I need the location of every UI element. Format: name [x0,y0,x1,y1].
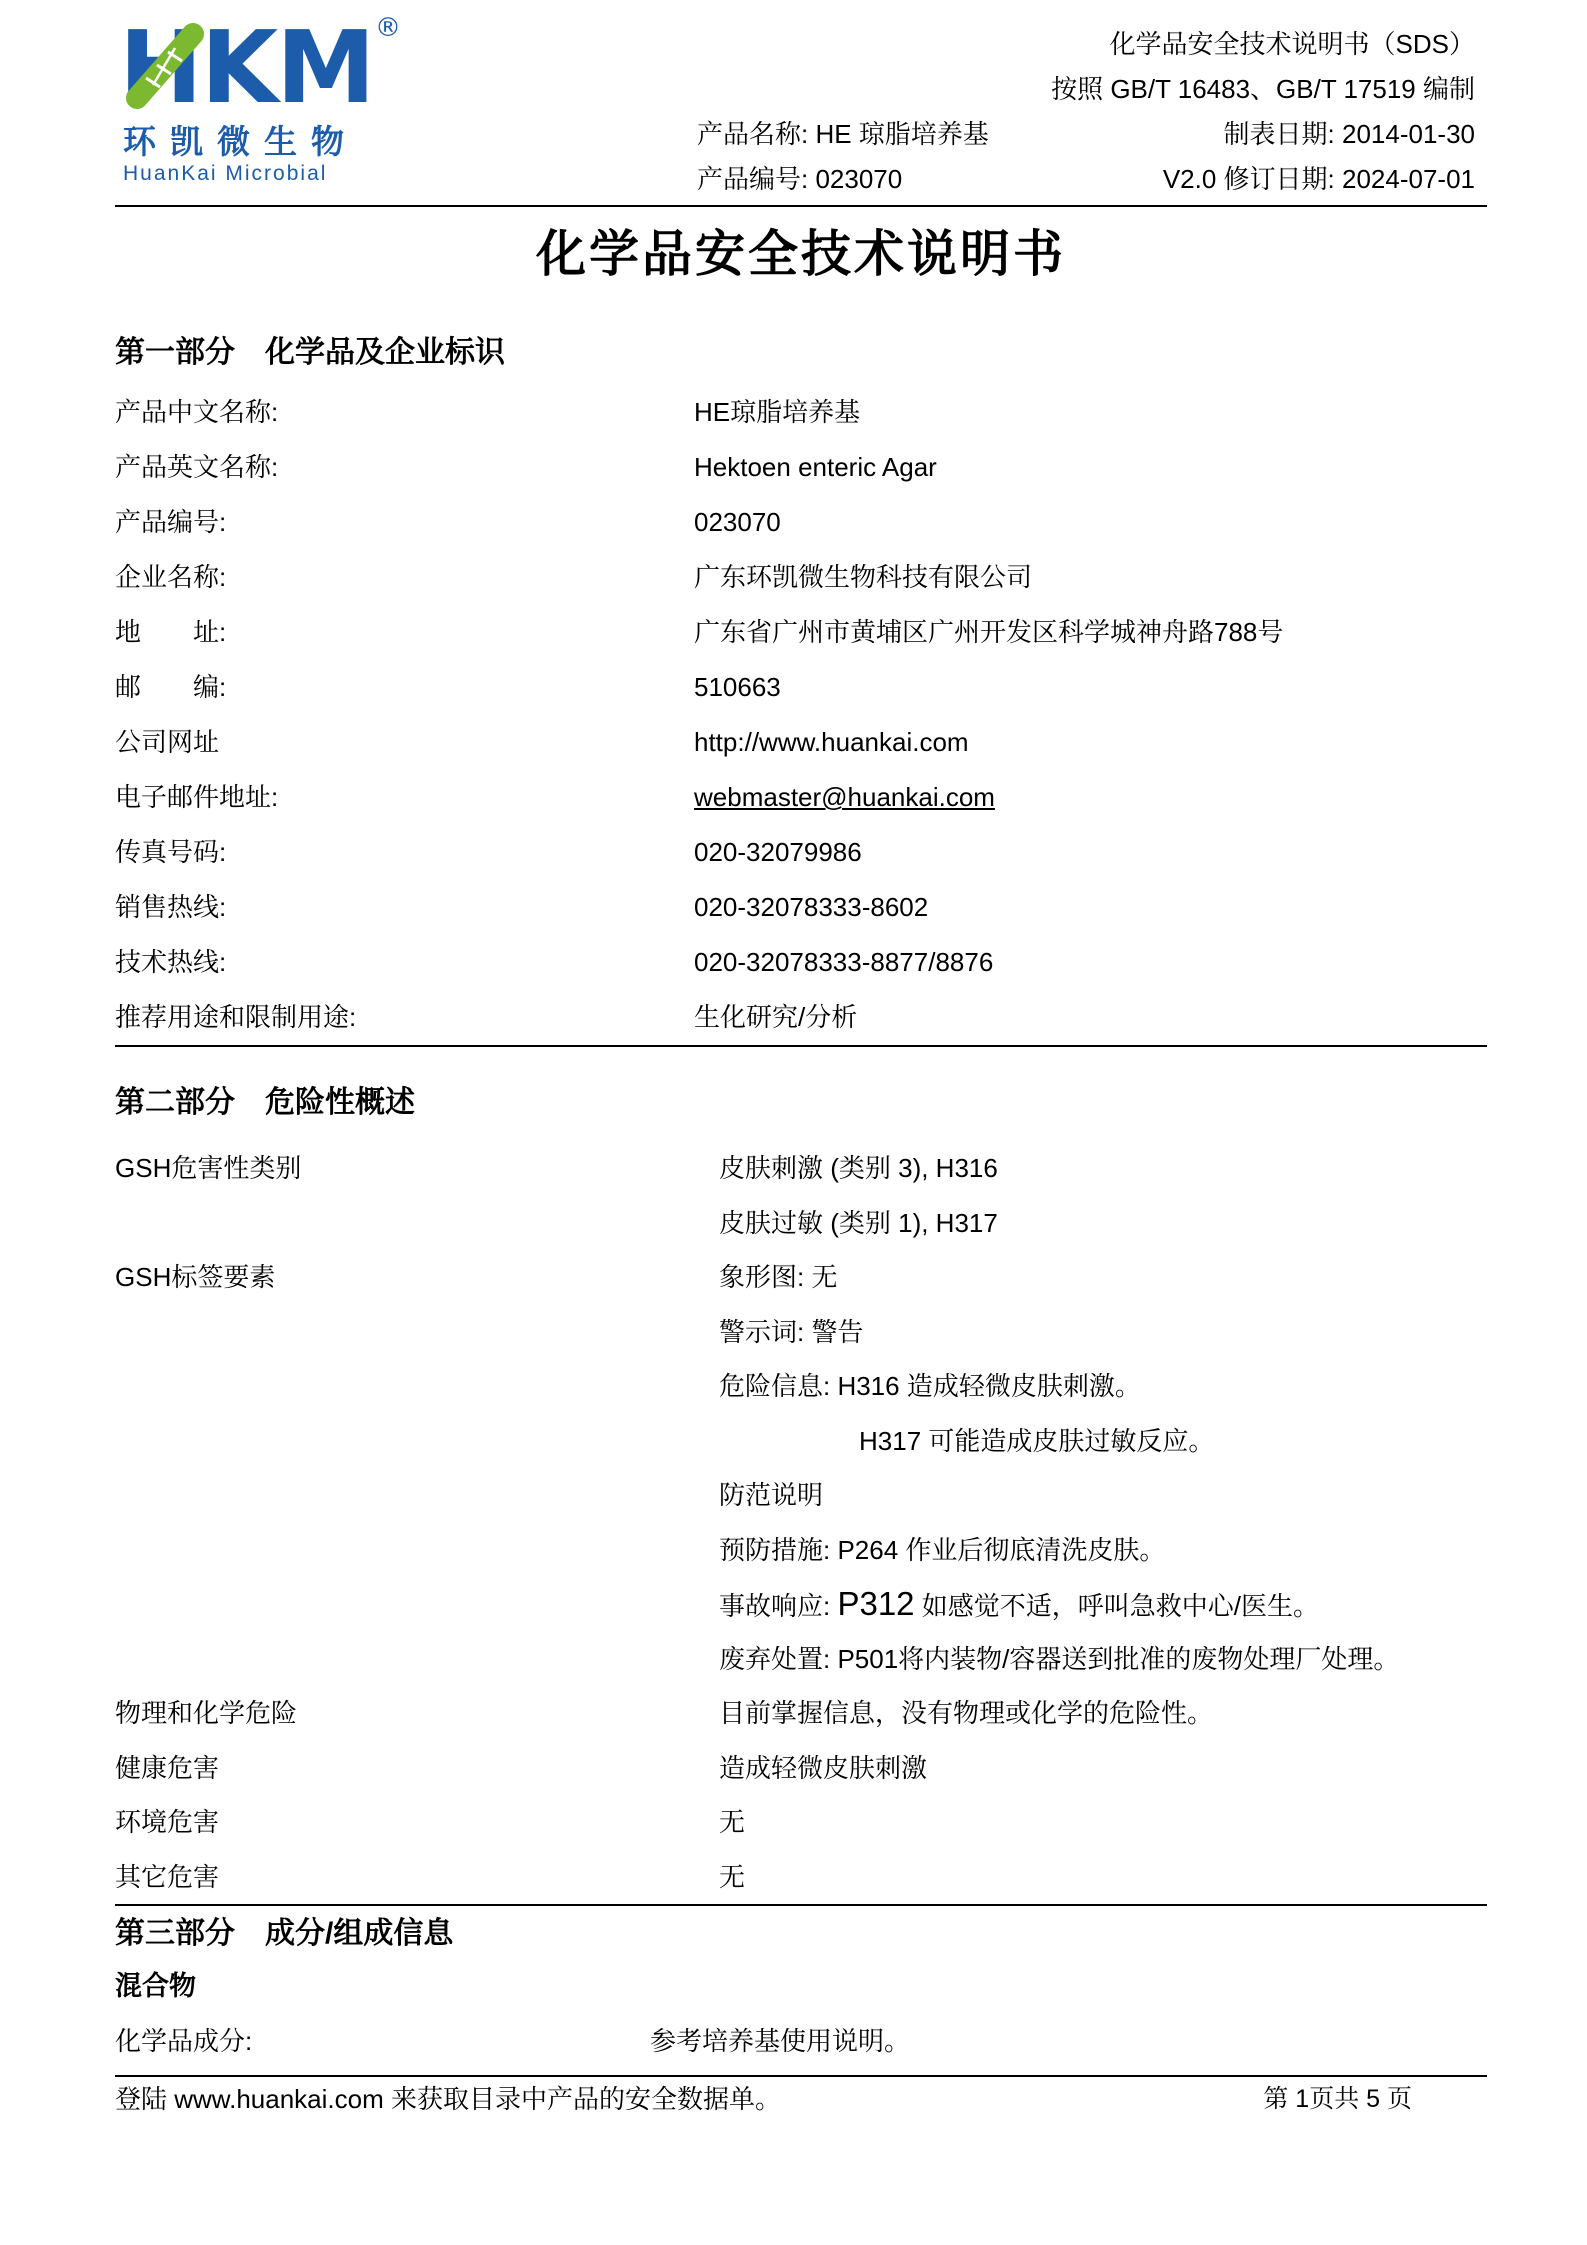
table-row: 环境危害无 [115,1795,1487,1850]
row-value: 020-32078333-8602 [694,880,928,935]
table-row: 推荐用途和限制用途:生化研究/分析 [115,990,1487,1045]
registered-mark-icon: ® [375,13,401,43]
row-value: 广东环凯微生物科技有限公司 [694,550,1032,605]
table-row: 公司网址http://www.huankai.com [115,715,1487,770]
row-label: 产品编号: [115,495,694,550]
row-value: 皮肤过敏 (类别 1), H317 [719,1196,998,1251]
table-row: 健康危害造成轻微皮肤刺激 [115,1741,1487,1796]
section1-table: 产品中文名称:HE琼脂培养基产品英文名称:Hektoen enteric Aga… [115,385,1487,1047]
row-label: 产品英文名称: [115,440,694,495]
row-value: Hektoen enteric Agar [694,440,937,495]
row-label: 技术热线: [115,935,694,990]
created-date-value: 2014-01-30 [1342,119,1475,149]
row-value: 510663 [694,660,781,715]
row-label: 健康危害 [115,1741,719,1796]
row-label: 销售热线: [115,880,694,935]
row-value: 023070 [694,495,781,550]
table-row: 警示词: 警告 [115,1305,1487,1360]
logo-cn-text: 环凯微生物 [123,123,403,161]
section3-heading: 第三部分 成分/组成信息 [115,1914,1487,1954]
header-created-date: 制表日期: 2014-01-30 [1224,112,1475,157]
doc-type: 化学品安全技术说明书（SDS） [697,22,1475,67]
row-label: 企业名称: [115,550,694,605]
row-value: 事故响应: P312 如感觉不适，呼叫急救中心/医生。 [719,1577,1319,1632]
row-value: 无 [719,1795,745,1850]
email-link[interactable]: webmaster@huankai.com [694,770,995,825]
row-label: 化学品成分: [115,2014,650,2069]
row-label [115,1359,719,1414]
row-value: 无 [719,1850,745,1905]
row-label [115,1523,719,1578]
product-name-value: HE 琼脂培养基 [815,119,988,149]
row-value: H317 可能造成皮肤过敏反应。 [719,1414,1214,1469]
table-row: H317 可能造成皮肤过敏反应。 [115,1414,1487,1469]
row-value-part: 事故响应: [719,1591,837,1621]
revised-date-label: V2.0 修订日期: [1163,164,1335,194]
section2-table: GSH危害性类别皮肤刺激 (类别 3), H316皮肤过敏 (类别 1), H3… [115,1141,1487,1906]
row-label [115,1577,719,1632]
created-date-label: 制表日期: [1224,119,1335,149]
section3-table: 化学品成分:参考培养基使用说明。 [115,2014,1487,2069]
table-row: 物理和化学危险目前掌握信息，没有物理或化学的危险性。 [115,1686,1487,1741]
row-value-part: 如感觉不适，呼叫急救中心/医生。 [915,1591,1319,1621]
product-code-value: 023070 [815,164,902,194]
table-row: 危险信息: H316 造成轻微皮肤刺激。 [115,1359,1487,1414]
table-row: 皮肤过敏 (类别 1), H317 [115,1196,1487,1251]
row-value: 象形图: 无 [719,1250,837,1305]
table-row: 产品英文名称:Hektoen enteric Agar [115,440,1487,495]
row-label [115,1632,719,1687]
page-number: 第 1页共 5 页 [1263,2079,1412,2119]
row-label [115,1414,719,1469]
hkm-logo-icon: HKM ® [123,10,403,118]
table-row: 其它危害无 [115,1850,1487,1905]
logo-en-text: HuanKai Microbial [123,161,403,186]
section1-heading: 第一部分 化学品及企业标识 [115,333,1487,373]
table-row: 化学品成分:参考培养基使用说明。 [115,2014,1487,2069]
table-row: 邮 编:510663 [115,660,1487,715]
row-value: http://www.huankai.com [694,715,969,770]
row-value: 造成轻微皮肤刺激 [719,1741,927,1796]
row-label [115,1305,719,1360]
row-label: 物理和化学危险 [115,1686,719,1741]
product-code-label: 产品编号: [697,164,808,194]
header: HKM ® 环凯微生物 HuanKai Microbial 化学品安全技术说明书… [115,0,1487,207]
row-value: 防范说明 [719,1468,823,1523]
table-row: 产品编号:023070 [115,495,1487,550]
row-value: 020-32078333-8877/8876 [694,935,993,990]
row-value: 目前掌握信息，没有物理或化学的危险性。 [719,1686,1213,1741]
row-label: 环境危害 [115,1795,719,1850]
row-value: 危险信息: H316 造成轻微皮肤刺激。 [719,1359,1141,1414]
row-value: 预防措施: P264 作业后彻底清洗皮肤。 [719,1523,1165,1578]
header-product-name: 产品名称: HE 琼脂培养基 [697,112,989,157]
header-product-code: 产品编号: 023070 [697,157,902,202]
row-value: 广东省广州市黄埔区广州开发区科学城神舟路788号 [694,605,1283,660]
footer: 登陆 www.huankai.com 来获取目录中产品的安全数据单。 第 1页共… [115,2075,1487,2119]
table-row: GSH危害性类别皮肤刺激 (类别 3), H316 [115,1141,1487,1196]
row-label: 推荐用途和限制用途: [115,990,694,1045]
table-row: 事故响应: P312 如感觉不适，呼叫急救中心/医生。 [115,1577,1487,1632]
section2-heading: 第二部分 危险性概述 [115,1083,1487,1123]
table-row: 电子邮件地址:webmaster@huankai.com [115,770,1487,825]
row-label: 邮 编: [115,660,694,715]
standard-note: 按照 GB/T 16483、GB/T 17519 编制 [697,67,1475,112]
table-row: GSH标签要素象形图: 无 [115,1250,1487,1305]
table-row: 销售热线:020-32078333-8602 [115,880,1487,935]
row-value: HE琼脂培养基 [694,385,860,440]
header-right: 化学品安全技术说明书（SDS） 按照 GB/T 16483、GB/T 17519… [697,22,1475,202]
row-value-part: P312 [837,1585,914,1622]
mixture-subheading: 混合物 [115,1966,1487,2006]
row-label: GSH危害性类别 [115,1141,719,1196]
table-row: 产品中文名称:HE琼脂培养基 [115,385,1487,440]
row-value: 皮肤刺激 (类别 3), H316 [719,1141,998,1196]
row-label: 传真号码: [115,825,694,880]
sds-page: HKM ® 环凯微生物 HuanKai Microbial 化学品安全技术说明书… [0,0,1587,2119]
row-label: 电子邮件地址: [115,770,694,825]
row-label [115,1196,719,1251]
table-row: 废弃处置: P501将内装物/容器送到批准的废物处理厂处理。 [115,1632,1487,1687]
row-label: 其它危害 [115,1850,719,1905]
table-row: 传真号码:020-32079986 [115,825,1487,880]
row-label: 地 址: [115,605,694,660]
row-value: 废弃处置: P501将内装物/容器送到批准的废物处理厂处理。 [719,1632,1399,1687]
row-label [115,1468,719,1523]
header-revised-date: V2.0 修订日期: 2024-07-01 [1163,157,1475,202]
table-row: 地 址:广东省广州市黄埔区广州开发区科学城神舟路788号 [115,605,1487,660]
row-value: 参考培养基使用说明。 [650,2014,910,2069]
table-row: 技术热线:020-32078333-8877/8876 [115,935,1487,990]
logo: HKM ® 环凯微生物 HuanKai Microbial [123,10,403,186]
product-name-label: 产品名称: [697,119,808,149]
page-title: 化学品安全技术说明书 [115,223,1487,285]
row-label: 公司网址 [115,715,694,770]
row-label: GSH标签要素 [115,1250,719,1305]
footer-note: 登陆 www.huankai.com 来获取目录中产品的安全数据单。 [115,2079,781,2119]
table-row: 预防措施: P264 作业后彻底清洗皮肤。 [115,1523,1487,1578]
row-value: 020-32079986 [694,825,862,880]
table-row: 企业名称:广东环凯微生物科技有限公司 [115,550,1487,605]
row-label: 产品中文名称: [115,385,694,440]
revised-date-value: 2024-07-01 [1342,164,1475,194]
table-row: 防范说明 [115,1468,1487,1523]
row-value: 生化研究/分析 [694,990,857,1045]
row-value: 警示词: 警告 [719,1305,863,1360]
